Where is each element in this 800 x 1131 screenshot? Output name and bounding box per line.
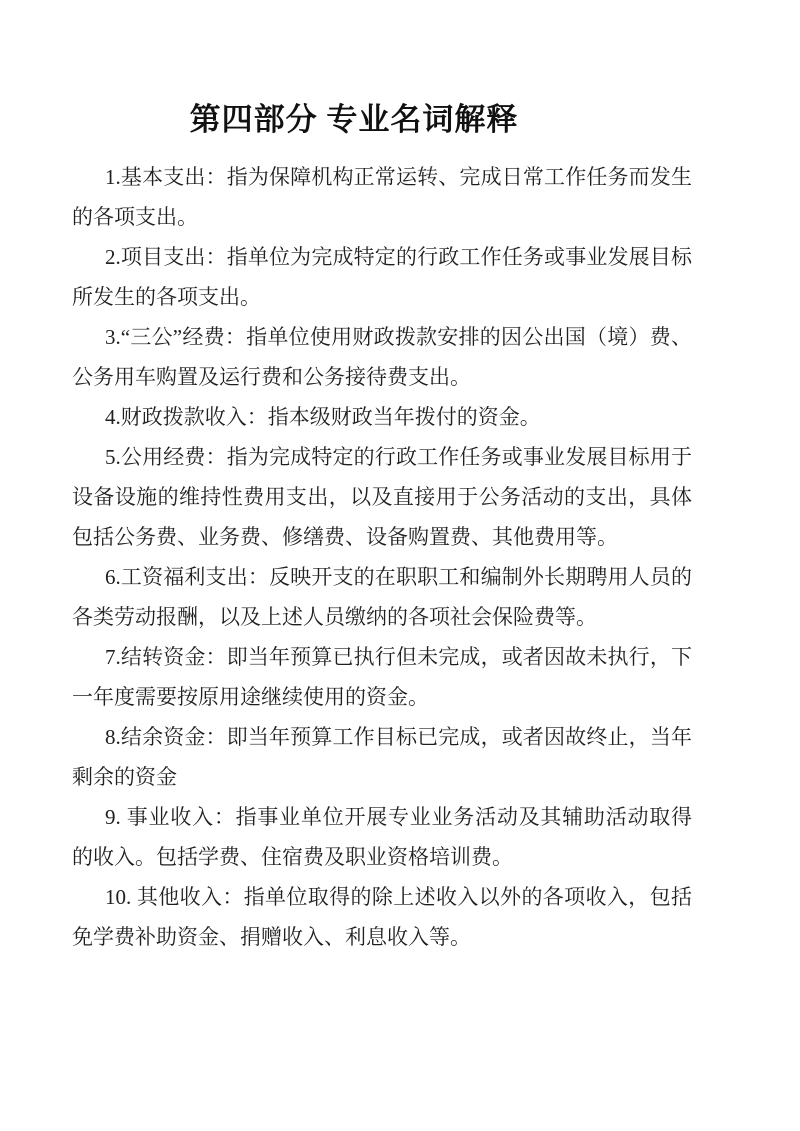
definition-item-5: 5.公用经费：指为完成特定的行政工作任务或事业发展目标用于设备设施的维持性费用支… <box>72 437 692 557</box>
definition-item-6: 6.工资福利支出：反映开支的在职职工和编制外长期聘用人员的各类劳动报酬，以及上述… <box>72 557 692 637</box>
definition-item-1: 1.基本支出：指为保障机构正常运转、完成日常工作任务而发生的各项支出。 <box>72 157 692 237</box>
definition-item-9: 9. 事业收入：指事业单位开展专业业务活动及其辅助活动取得的收入。包括学费、住宿… <box>72 797 692 877</box>
definition-item-4: 4.财政拨款收入：指本级财政当年拨付的资金。 <box>72 397 692 437</box>
document-content: 第四部分 专业名词解释 1.基本支出：指为保障机构正常运转、完成日常工作任务而发… <box>0 0 800 957</box>
definition-item-10: 10. 其他收入：指单位取得的除上述收入以外的各项收入，包括免学费补助资金、捐赠… <box>72 877 692 957</box>
definition-item-8: 8.结余资金：即当年预算工作目标已完成，或者因故终止，当年剩余的资金 <box>72 717 692 797</box>
page-title: 第四部分 专业名词解释 <box>72 97 636 143</box>
definition-item-7: 7.结转资金：即当年预算已执行但未完成，或者因故未执行，下一年度需要按原用途继续… <box>72 637 692 717</box>
definition-item-3: 3.“三公”经费：指单位使用财政拨款安排的因公出国（境）费、公务用车购置及运行费… <box>72 317 692 397</box>
document-page: 第四部分 专业名词解释 1.基本支出：指为保障机构正常运转、完成日常工作任务而发… <box>0 0 800 1131</box>
definition-item-2: 2.项目支出：指单位为完成特定的行政工作任务或事业发展目标所发生的各项支出。 <box>72 237 692 317</box>
